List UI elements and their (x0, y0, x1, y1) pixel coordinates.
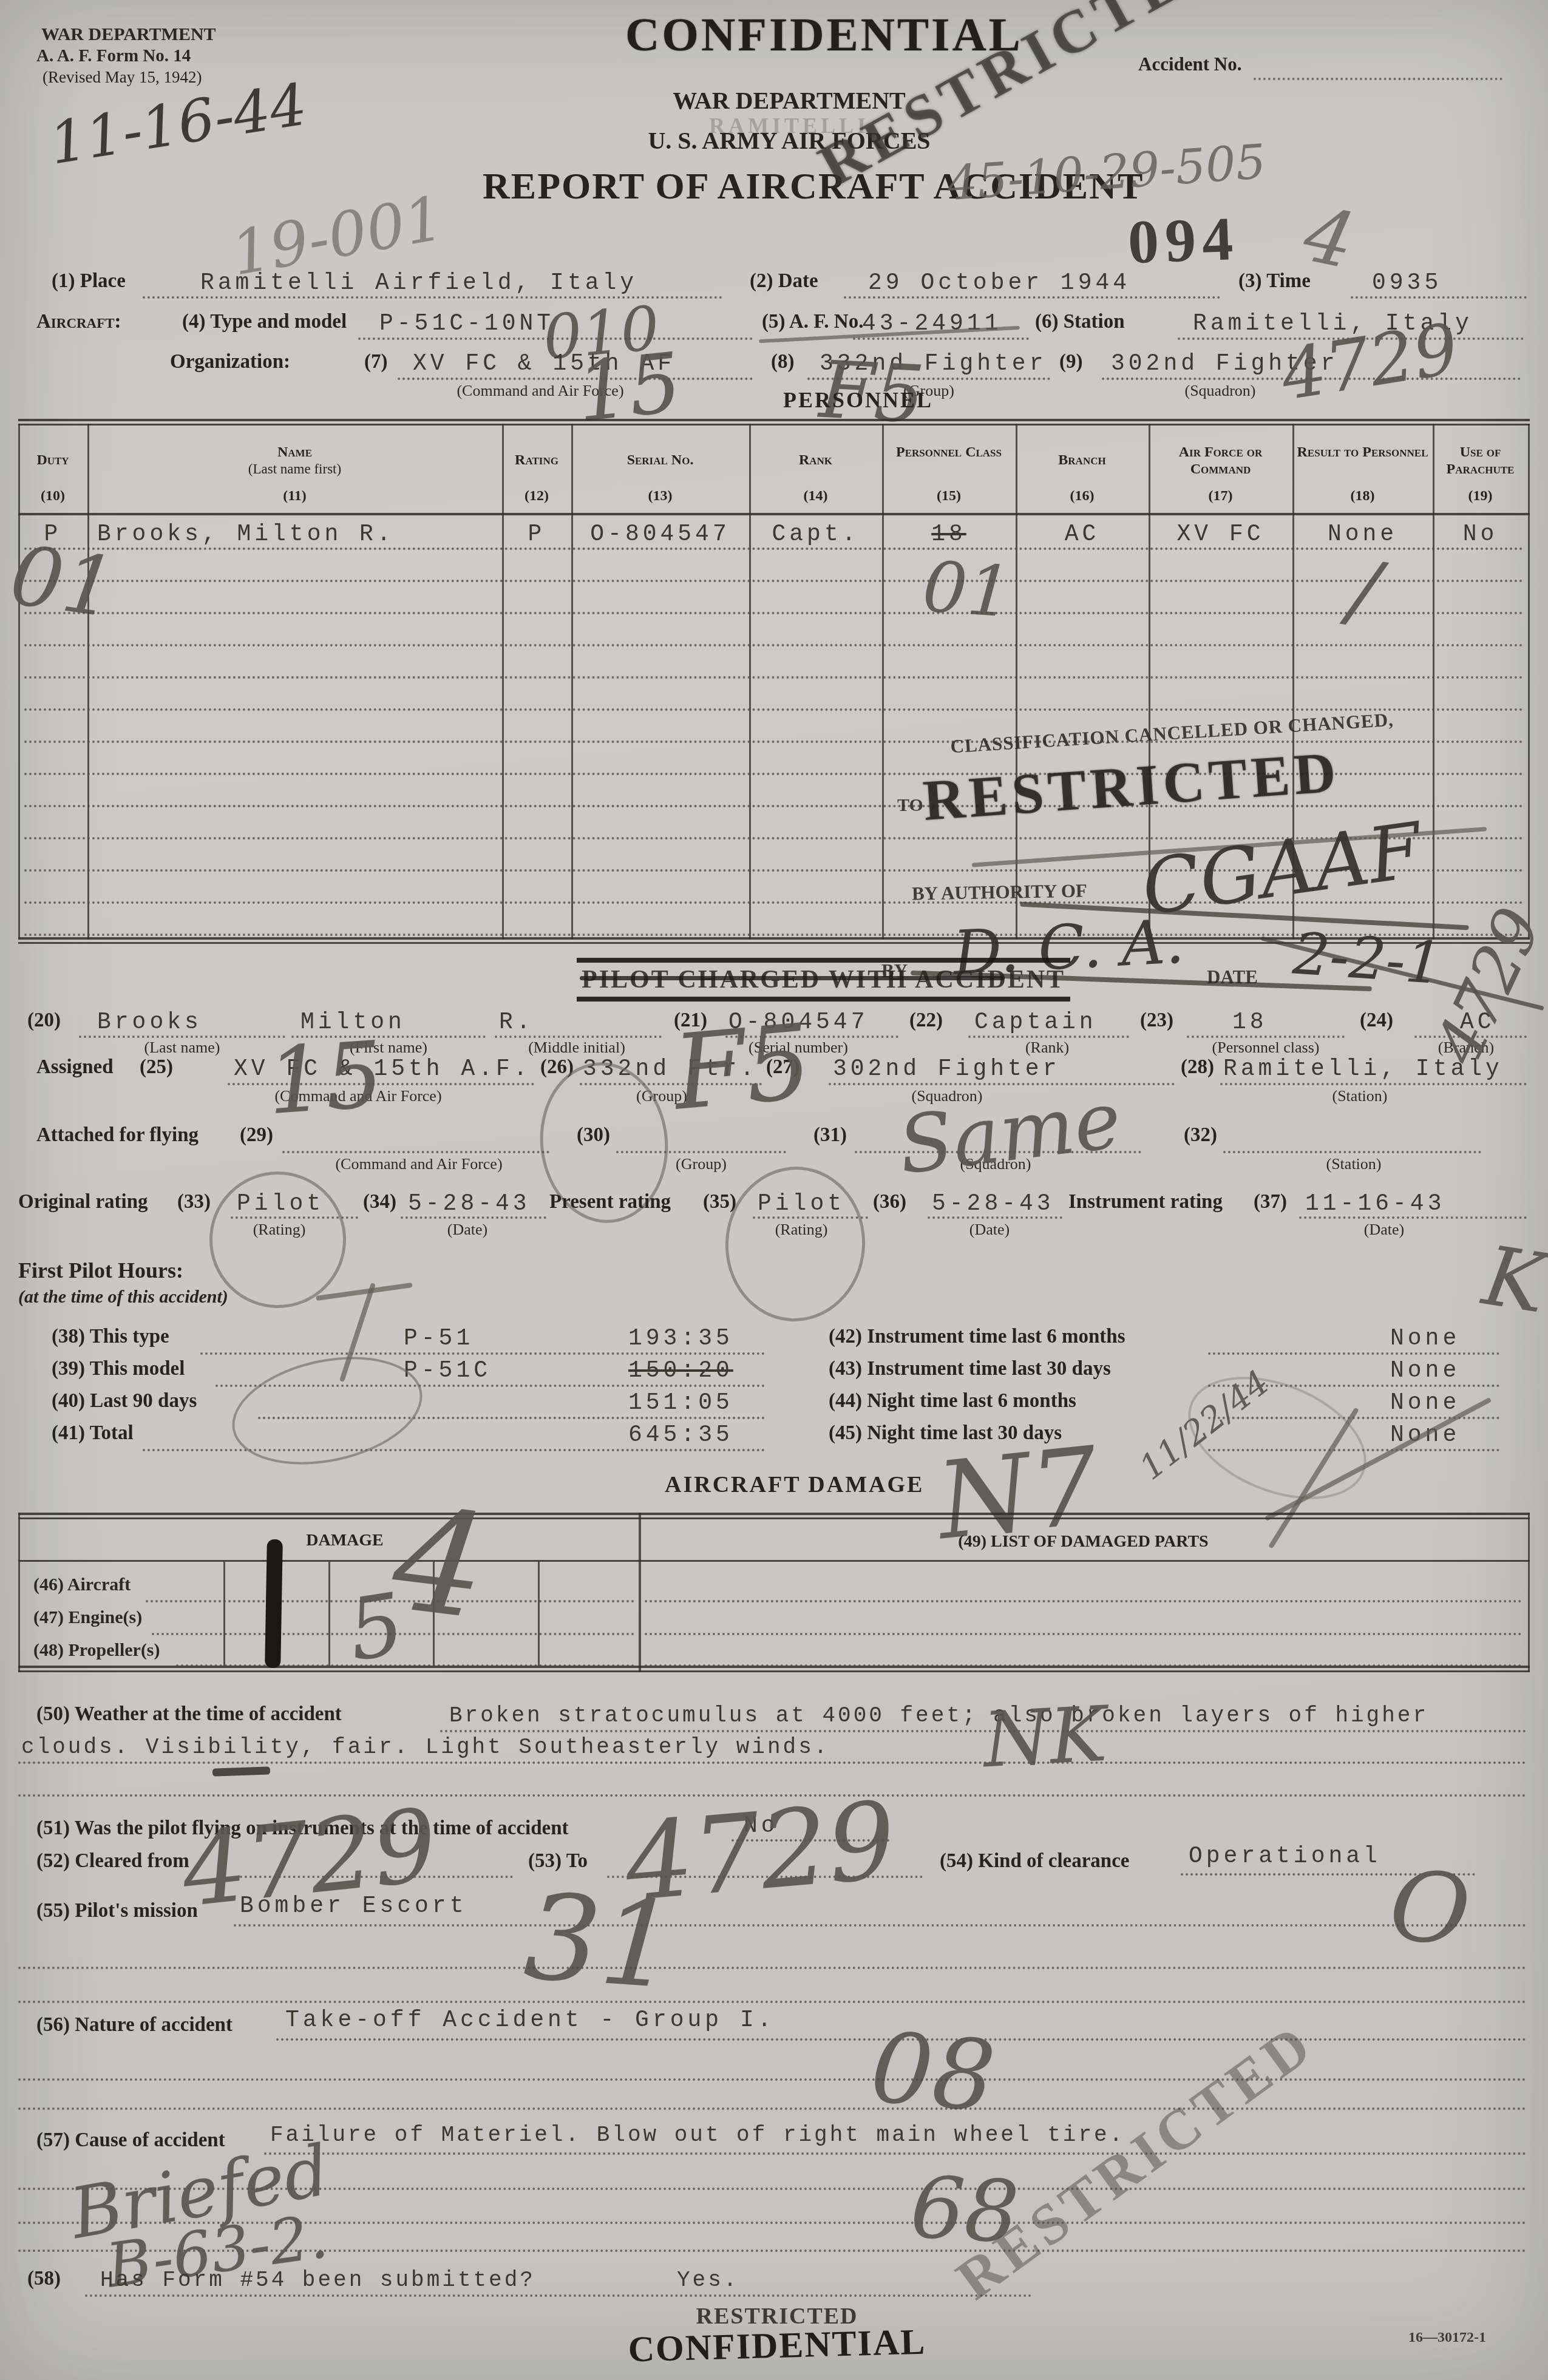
handwritten-nk: NK (981, 1690, 1108, 1785)
handwritten-31: 31 (520, 1868, 680, 2016)
line (1299, 1216, 1527, 1219)
date-label: (2) Date (750, 270, 818, 293)
h43-label: (43) Instrument time last 30 days (829, 1358, 1111, 1381)
col-num: (12) (502, 488, 571, 505)
type-model-label: (4) Type and model (182, 311, 347, 334)
f30-label: (30) (577, 1124, 610, 1147)
sub-group2: (Group) (640, 1156, 762, 1173)
time-value: 0935 (1372, 272, 1442, 295)
place-label: (1) Place (52, 270, 126, 293)
row1-serial: O-804547 (571, 523, 749, 546)
handwritten-f5: F5 (669, 1002, 816, 1134)
pencil-loop (222, 1341, 432, 1480)
row-line (24, 580, 1524, 582)
row-line (24, 548, 1524, 550)
h38-plane: P-51 (404, 1327, 474, 1351)
h44-label: (44) Night time last 6 months (829, 1390, 1076, 1413)
pencil-circle-rating1 (209, 1171, 346, 1308)
handwritten-result-slash: / (1344, 542, 1385, 640)
row1-rank: Capt. (749, 523, 882, 546)
form-revision: (Revised May 15, 1942) (42, 68, 202, 87)
f24-label: (24) (1360, 1009, 1393, 1032)
handwritten-accident-no: 45-10-29-505 (946, 135, 1268, 211)
weather-line2: clouds. Visibility, fair. Light Southeas… (21, 1737, 829, 1758)
mission-value: Bomber Escort (240, 1895, 467, 1918)
clearance-kind-value: Operational (1189, 1845, 1381, 1868)
col-header-rank: Rank (749, 452, 882, 469)
date-value: 29 October 1944 (868, 272, 1130, 295)
line (645, 1633, 1522, 1635)
f9-label: (9) (1059, 351, 1082, 374)
h39-value: 150:20 (628, 1360, 733, 1383)
present-rating-label: Present rating (549, 1191, 671, 1214)
col-num: (18) (1292, 488, 1433, 505)
type-model-value: P-51C-10NT (379, 313, 554, 336)
hours-subtitle: (at the time of this accident) (18, 1287, 228, 1307)
accident-report-page: WAR DEPARTMENT A. A. F. Form No. 14 (Rev… (0, 0, 1548, 2380)
h41-label: (41) Total (52, 1422, 134, 1445)
type-model-line (358, 337, 753, 340)
table-vline (538, 1562, 540, 1666)
af-no-line (853, 337, 1029, 340)
line (18, 1761, 1527, 1764)
damage-row-propeller: (48) Propeller(s) (33, 1640, 160, 1661)
line (1208, 1352, 1499, 1355)
damage-row-aircraft: (46) Aircraft (33, 1575, 131, 1596)
h44-value: None (1390, 1392, 1460, 1415)
line (200, 1352, 765, 1355)
col-header-branch: Branch (1016, 452, 1149, 469)
handwritten-08: 08 (866, 2010, 999, 2134)
table-rule (18, 424, 1530, 425)
print-code: 16—30172-1 (1408, 2330, 1486, 2346)
h41-value: 645:35 (628, 1424, 733, 1447)
line (18, 2001, 1527, 2003)
line (645, 1664, 1522, 1667)
h38-value: 193:35 (628, 1327, 733, 1351)
col-header-duty: Duty (18, 452, 87, 469)
f32-label: (32) (1184, 1124, 1217, 1147)
f37-label: (37) (1254, 1191, 1287, 1214)
sub-station2: (Station) (1281, 1156, 1427, 1173)
table-rule (18, 1560, 1530, 1562)
sub-rank: (Rank) (956, 1039, 1138, 1057)
handwritten-filing-date: 11-16-44 (45, 71, 311, 177)
pilot-last: Brooks (97, 1011, 202, 1034)
confidential-top: CONFIDENTIAL (625, 11, 1023, 58)
nature-value: Take-off Accident - Group I. (285, 2009, 775, 2032)
row-line (24, 644, 1524, 646)
stamp-to: TO (897, 795, 923, 816)
line (495, 1036, 662, 1038)
col-header-airforce: Air Force or Command (1149, 444, 1292, 478)
instr-rating-label: Instrument rating (1068, 1191, 1223, 1214)
col-header-rating: Rating (502, 452, 571, 469)
line (928, 1216, 1062, 1219)
f28-label: (28) (1181, 1056, 1214, 1079)
col-num: (13) (571, 488, 749, 505)
cleared-from-label: (52) Cleared from (36, 1850, 189, 1873)
f29-label: (29) (240, 1124, 273, 1147)
col-header-class: Personnel Class (882, 444, 1016, 461)
table-rule (18, 1670, 1530, 1672)
sub-date3: (Date) (1323, 1221, 1445, 1239)
pencil-underline-fair (212, 1766, 270, 1776)
pilot-class: 18 (1232, 1011, 1268, 1034)
f8-label: (8) (771, 351, 794, 374)
stamp-date-label: DATE (1207, 966, 1258, 988)
handwritten-o: O (1385, 1848, 1476, 1969)
line (616, 1151, 786, 1153)
table-vline (223, 1562, 225, 1666)
f9-sublabel: (Squadron) (1147, 382, 1293, 400)
pilot-mi: R. (499, 1011, 534, 1034)
table-rule (18, 513, 1530, 515)
cause-value: Failure of Materiel. Blow out of right m… (270, 2124, 1125, 2146)
sub-last-name: (Last name) (91, 1039, 273, 1057)
line (85, 2294, 1032, 2297)
footer-confidential: CONFIDENTIAL (594, 2320, 960, 2372)
line (18, 2107, 1527, 2110)
col-header-name: Name (Last name first) (87, 444, 502, 477)
line (645, 1600, 1522, 1602)
pencil-stroke (316, 1283, 413, 1301)
accident-no-label: Accident No. (1138, 53, 1241, 75)
table-rule (18, 419, 1530, 421)
ink-mark (265, 1539, 283, 1668)
sub-personnel-class: (Personnel class) (1175, 1039, 1357, 1057)
pencil-circle-rating2 (720, 1162, 870, 1326)
orig-rating-label: Original rating (18, 1191, 148, 1214)
f23-label: (23) (1140, 1009, 1173, 1032)
line (264, 2152, 1527, 2155)
row1-class: 18 (882, 523, 1016, 546)
damage-row-engine: (47) Engine(s) (33, 1607, 142, 1629)
f31-label: (31) (813, 1124, 847, 1147)
weather-label: (50) Weather at the time of accident (36, 1703, 342, 1726)
line (1220, 1083, 1527, 1085)
aircraft-label: Aircraft: (36, 311, 121, 334)
table-rule (18, 1513, 1530, 1515)
hours-title: First Pilot Hours: (18, 1258, 183, 1283)
col-num: (11) (87, 488, 502, 505)
clearance-kind-label: (54) Kind of clearance (940, 1850, 1130, 1873)
f20-label: (20) (27, 1009, 61, 1032)
row1-airforce: XV FC (1149, 523, 1292, 546)
time-label: (3) Time (1238, 270, 1311, 293)
f33-label: (33) (177, 1191, 211, 1214)
row-line (24, 612, 1524, 614)
form-number: A. A. F. Form No. 14 (36, 46, 191, 66)
assigned-label: Assigned (36, 1056, 114, 1079)
present-date-value: 5-28-43 (932, 1193, 1054, 1216)
row1-branch: AC (1016, 523, 1149, 546)
col-num: (14) (749, 488, 882, 505)
place-value: Ramitelli Airfield, Italy (200, 272, 637, 295)
h42-label: (42) Instrument time last 6 months (829, 1326, 1125, 1349)
row1-parachute: No (1433, 523, 1528, 546)
station-label: (6) Station (1035, 311, 1125, 334)
row1-name: Brooks, Milton R. (97, 523, 395, 546)
line (18, 1967, 1527, 1969)
f25-label: (25) (140, 1056, 173, 1079)
form-dept: WAR DEPARTMENT (41, 24, 216, 46)
f22-label: (22) (909, 1009, 943, 1032)
f36-label: (36) (873, 1191, 906, 1214)
date-line (844, 296, 1220, 299)
row1-rating: P (502, 523, 571, 546)
row-line (24, 708, 1524, 711)
title-strike (580, 976, 1005, 980)
sub-date2: (Date) (929, 1221, 1050, 1239)
h43-value: None (1390, 1360, 1460, 1383)
table-vline (1528, 424, 1530, 940)
weather-line1: Broken stratocumulus at 4000 feet; also … (449, 1705, 1428, 1727)
form54-question: Has Form #54 been submitted? (100, 2270, 535, 2291)
line (829, 1083, 1175, 1085)
table-vline (1528, 1513, 1530, 1672)
sub-middle-initial: (Middle initial) (486, 1039, 668, 1057)
accident-no-line (1254, 78, 1502, 80)
f35-label: (35) (703, 1191, 736, 1214)
handwritten-stamp-date: 2-2-1 (1291, 921, 1444, 998)
line (968, 1036, 1129, 1038)
h40-label: (40) Last 90 days (52, 1390, 197, 1413)
col-num: (10) (18, 488, 87, 505)
f7-label: (7) (364, 351, 387, 374)
sub-cmd2: (Command and Air Force) (297, 1156, 540, 1173)
col-num: (17) (1149, 488, 1292, 505)
parts-col-header: (49) LIST OF DAMAGED PARTS (639, 1532, 1528, 1551)
personnel-title: PERSONNEL (783, 387, 933, 413)
nature-label: (56) Nature of accident (36, 2014, 233, 2037)
h39-label: (39) This model (52, 1358, 185, 1381)
line (143, 1449, 765, 1451)
damage-title: AIRCRAFT DAMAGE (665, 1471, 924, 1498)
handwritten-k: K (1477, 1228, 1548, 1332)
sub-date1: (Date) (407, 1221, 528, 1239)
form54-label: (58) (27, 2268, 61, 2291)
sub-station: (Station) (1287, 1088, 1433, 1105)
orig-date-value: 5-28-43 (408, 1193, 531, 1216)
col-header-result: Result to Personnel (1292, 444, 1433, 461)
f34-label: (34) (363, 1191, 396, 1214)
col-num: (16) (1016, 488, 1149, 505)
af-no-label: (5) A. F. No. (762, 311, 863, 334)
organization-label: Organization: (170, 351, 290, 374)
stamp-number: 094 (1127, 203, 1240, 278)
handwritten-class-01: 01 (920, 546, 1014, 634)
row-line (24, 676, 1524, 679)
cause-label: (57) Cause of accident (36, 2129, 225, 2152)
col-num: (19) (1433, 488, 1528, 505)
form54-value: Yes. (677, 2270, 739, 2291)
time-line (1351, 296, 1527, 299)
assigned-squadron: 302nd Fighter (833, 1058, 1060, 1081)
table-rule (18, 1517, 1530, 1519)
line (234, 1924, 1527, 1927)
line (401, 1216, 546, 1219)
line (282, 1151, 549, 1153)
table-vline (18, 1513, 20, 1672)
header-text: Name (87, 444, 502, 461)
line (79, 1036, 285, 1038)
line (1223, 1151, 1481, 1153)
h42-value: None (1390, 1327, 1460, 1351)
handwritten-15-assigned: 15 (263, 1022, 387, 1136)
instr-date-value: 11-16-43 (1305, 1193, 1445, 1216)
pencil-loop (1170, 1353, 1384, 1523)
h40-value: 151:05 (628, 1392, 733, 1415)
attached-label: Attached for flying (36, 1124, 199, 1147)
restricted-stamp-diagonal: RESTRICTED (944, 2010, 1326, 2313)
col-header-parachute: Use of Parachute (1433, 444, 1528, 478)
header-subtext: (Last name first) (87, 461, 502, 477)
col-header-serial: Serial No. (571, 452, 749, 469)
stamp-authority-label: BY AUTHORITY OF (912, 880, 1087, 904)
h38-label: (38) This type (52, 1326, 169, 1349)
pilot-rank: Captain (974, 1011, 1097, 1034)
table-vline (328, 1562, 330, 1666)
line (1187, 1036, 1345, 1038)
col-num: (15) (882, 488, 1016, 505)
mission-label: (55) Pilot's mission (36, 1900, 198, 1923)
